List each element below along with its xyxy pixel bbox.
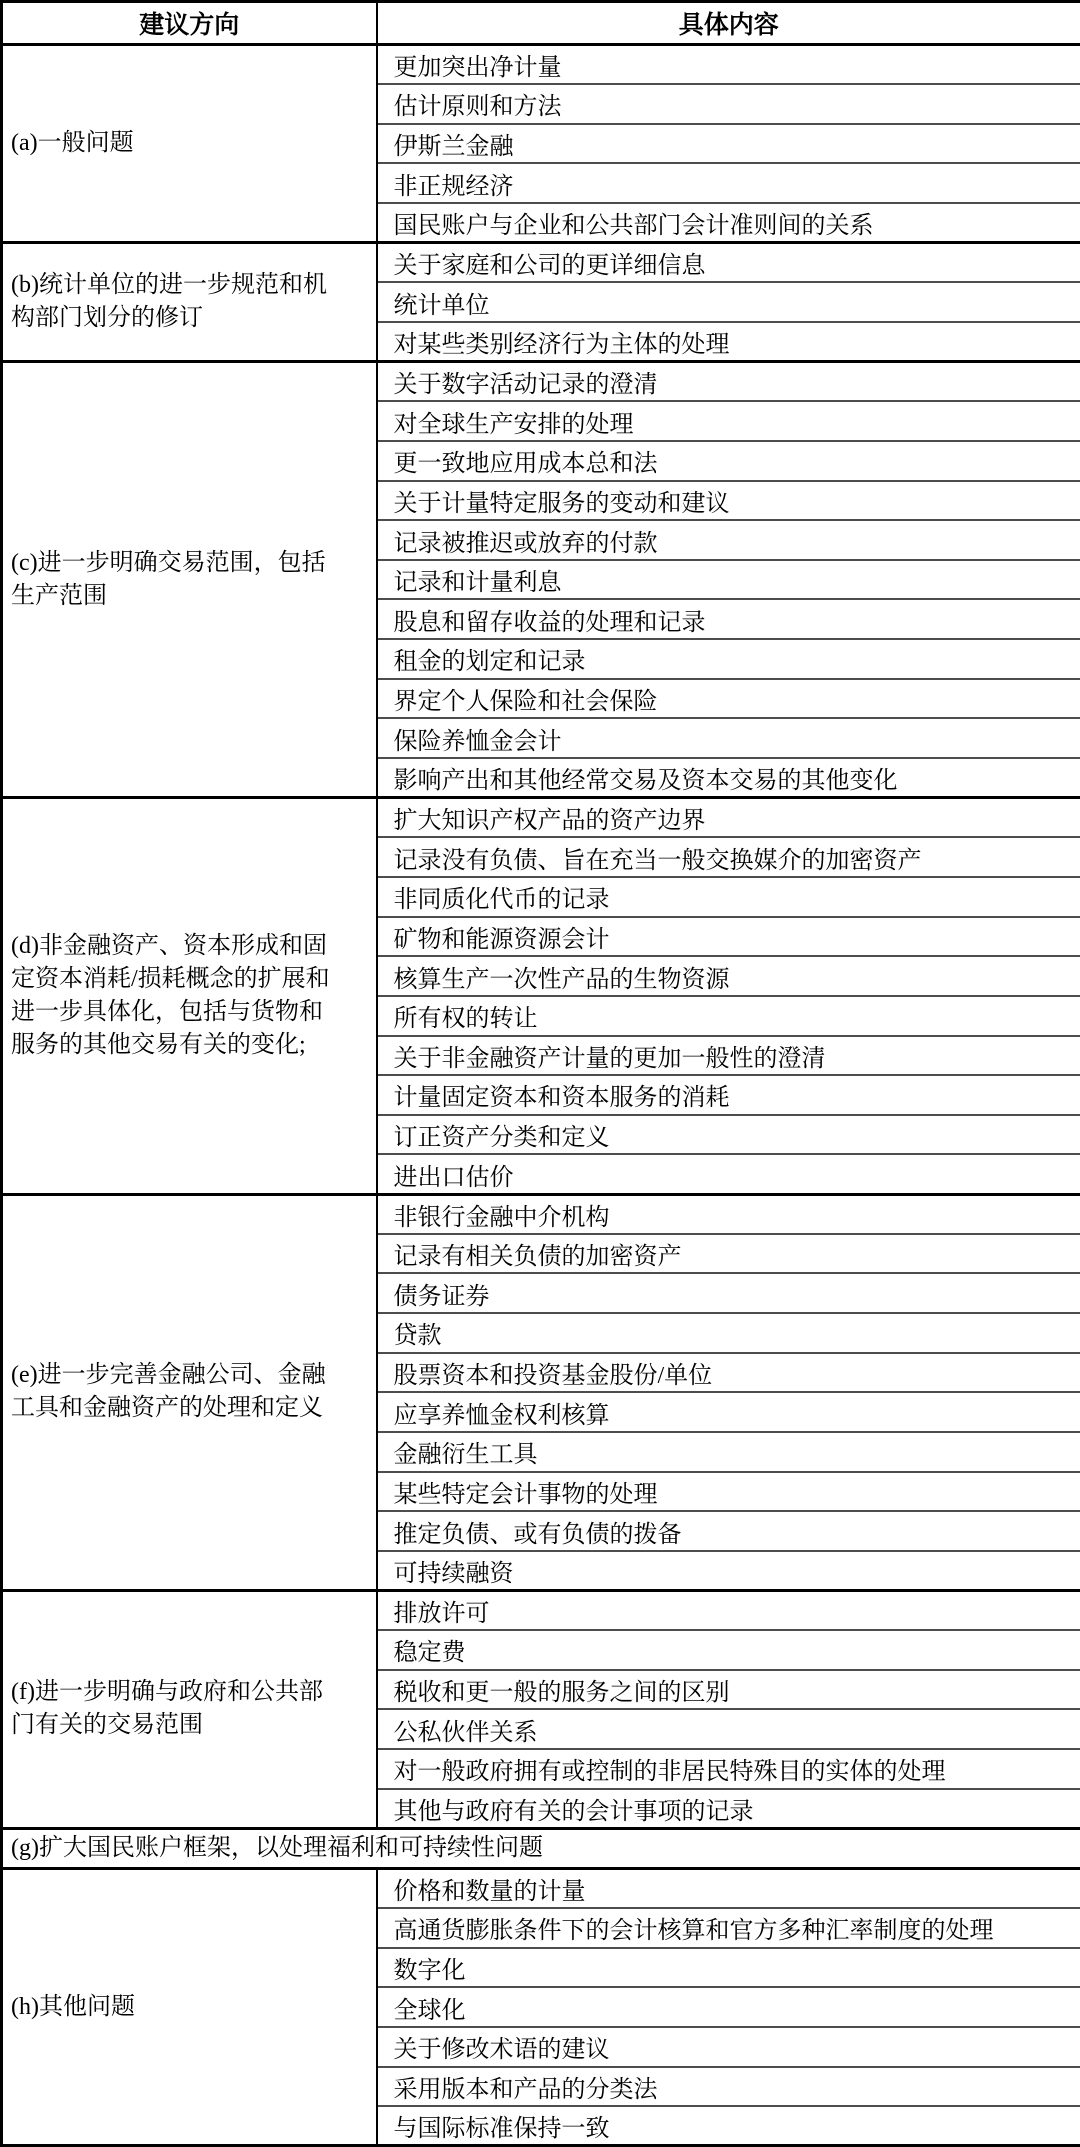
content-item: 采用版本和产品的分类法 xyxy=(377,2067,1080,2107)
content-item: 关于修改术语的建议 xyxy=(377,2027,1080,2067)
content-item: 估计原则和方法 xyxy=(377,84,1080,124)
content-item: 租金的划定和记录 xyxy=(377,639,1080,679)
column-header-content: 具体内容 xyxy=(377,2,1080,45)
content-item: 与国际标准保持一致 xyxy=(377,2106,1080,2146)
content-item: 高通货膨胀条件下的会计核算和官方多种汇率制度的处理 xyxy=(377,1908,1080,1948)
header-row: 建议方向 具体内容 xyxy=(2,2,1080,45)
content-item: 更一致地应用成本总和法 xyxy=(377,441,1080,481)
content-item: 扩大知识产权产品的资产边界 xyxy=(377,798,1080,838)
content-item: 排放许可 xyxy=(377,1590,1080,1630)
content-item: 关于家庭和公司的更详细信息 xyxy=(377,243,1080,283)
section-label: (h)其他问题 xyxy=(2,1868,377,2145)
section-label: (b)统计单位的进一步规范和机构部门划分的修订 xyxy=(2,243,377,362)
section-label: (e)进一步完善金融公司、金融工具和金融资产的处理和定义 xyxy=(2,1194,377,1590)
table-row: (b)统计单位的进一步规范和机构部门划分的修订关于家庭和公司的更详细信息 xyxy=(2,243,1080,283)
content-item: 关于非金融资产计量的更加一般性的澄清 xyxy=(377,1036,1080,1076)
content-item: 非银行金融中介机构 xyxy=(377,1194,1080,1234)
table-row: (h)其他问题价格和数量的计量 xyxy=(2,1868,1080,1908)
content-item: 可持续融资 xyxy=(377,1551,1080,1591)
content-item: 进出口估价 xyxy=(377,1154,1080,1194)
content-item: 统计单位 xyxy=(377,282,1080,322)
table-row: (c)进一步明确交易范围，包括生产范围关于数字活动记录的澄清 xyxy=(2,362,1080,402)
document-page: 建议方向 具体内容 (a)一般问题更加突出净计量估计原则和方法伊斯兰金融非正规经… xyxy=(0,0,1080,2147)
content-item: 计量固定资本和资本服务的消耗 xyxy=(377,1075,1080,1115)
section-label: (f)进一步明确与政府和公共部门有关的交易范围 xyxy=(2,1590,377,1828)
content-item: 伊斯兰金融 xyxy=(377,124,1080,164)
content-item: 对全球生产安排的处理 xyxy=(377,401,1080,441)
content-item: 对一般政府拥有或控制的非居民特殊目的实体的处理 xyxy=(377,1749,1080,1789)
content-item: 公私伙伴关系 xyxy=(377,1709,1080,1749)
content-item: 保险养恤金会计 xyxy=(377,718,1080,758)
content-item: 对某些类别经济行为主体的处理 xyxy=(377,322,1080,362)
table-row: (e)进一步完善金融公司、金融工具和金融资产的处理和定义非银行金融中介机构 xyxy=(2,1194,1080,1234)
content-item: 影响产出和其他经常交易及资本交易的其他变化 xyxy=(377,758,1080,798)
content-item: 订正资产分类和定义 xyxy=(377,1115,1080,1155)
content-item: 某些特定会计事物的处理 xyxy=(377,1472,1080,1512)
section-label: (a)一般问题 xyxy=(2,45,377,243)
content-item: 贷款 xyxy=(377,1313,1080,1353)
column-header-direction: 建议方向 xyxy=(2,2,377,45)
content-item: 国民账户与企业和公共部门会计准则间的关系 xyxy=(377,203,1080,243)
section-label: (c)进一步明确交易范围，包括生产范围 xyxy=(2,362,377,798)
table-row: (a)一般问题更加突出净计量 xyxy=(2,45,1080,85)
section-label: (d)非金融资产、资本形成和固定资本消耗/损耗概念的扩展和进一步具体化，包括与货… xyxy=(2,798,377,1194)
content-item: 记录没有负债、旨在充当一般交换媒介的加密资产 xyxy=(377,837,1080,877)
content-item: 股息和留存收益的处理和记录 xyxy=(377,599,1080,639)
table-row: (d)非金融资产、资本形成和固定资本消耗/损耗概念的扩展和进一步具体化，包括与货… xyxy=(2,798,1080,838)
content-item: 记录被推迟或放弃的付款 xyxy=(377,520,1080,560)
content-item: 非同质化代币的记录 xyxy=(377,877,1080,917)
content-item: 全球化 xyxy=(377,1987,1080,2027)
content-item: 记录和计量利息 xyxy=(377,560,1080,600)
content-item: 关于数字活动记录的澄清 xyxy=(377,362,1080,402)
content-item: 矿物和能源资源会计 xyxy=(377,917,1080,957)
content-item: 其他与政府有关的会计事项的记录 xyxy=(377,1789,1080,1829)
content-item: 非正规经济 xyxy=(377,163,1080,203)
table-row: (f)进一步明确与政府和公共部门有关的交易范围排放许可 xyxy=(2,1590,1080,1630)
content-item: 关于计量特定服务的变动和建议 xyxy=(377,481,1080,521)
content-item: 债务证券 xyxy=(377,1273,1080,1313)
content-item: 税收和更一般的服务之间的区别 xyxy=(377,1670,1080,1710)
table-row: (g)扩大国民账户框架，以处理福利和可持续性问题 xyxy=(2,1828,1080,1868)
section-label-full: (g)扩大国民账户框架，以处理福利和可持续性问题 xyxy=(2,1828,1080,1868)
content-item: 推定负债、或有负债的拨备 xyxy=(377,1511,1080,1551)
content-item: 界定个人保险和社会保险 xyxy=(377,679,1080,719)
content-item: 价格和数量的计量 xyxy=(377,1868,1080,1908)
content-item: 数字化 xyxy=(377,1948,1080,1988)
content-item: 更加突出净计量 xyxy=(377,45,1080,85)
content-item: 应享养恤金权利核算 xyxy=(377,1392,1080,1432)
content-item: 股票资本和投资基金股份/单位 xyxy=(377,1353,1080,1393)
content-item: 核算生产一次性产品的生物资源 xyxy=(377,956,1080,996)
revision-directions-table: 建议方向 具体内容 (a)一般问题更加突出净计量估计原则和方法伊斯兰金融非正规经… xyxy=(0,0,1080,2147)
content-item: 记录有相关负债的加密资产 xyxy=(377,1234,1080,1274)
content-item: 金融衍生工具 xyxy=(377,1432,1080,1472)
content-item: 稳定费 xyxy=(377,1630,1080,1670)
content-item: 所有权的转让 xyxy=(377,996,1080,1036)
